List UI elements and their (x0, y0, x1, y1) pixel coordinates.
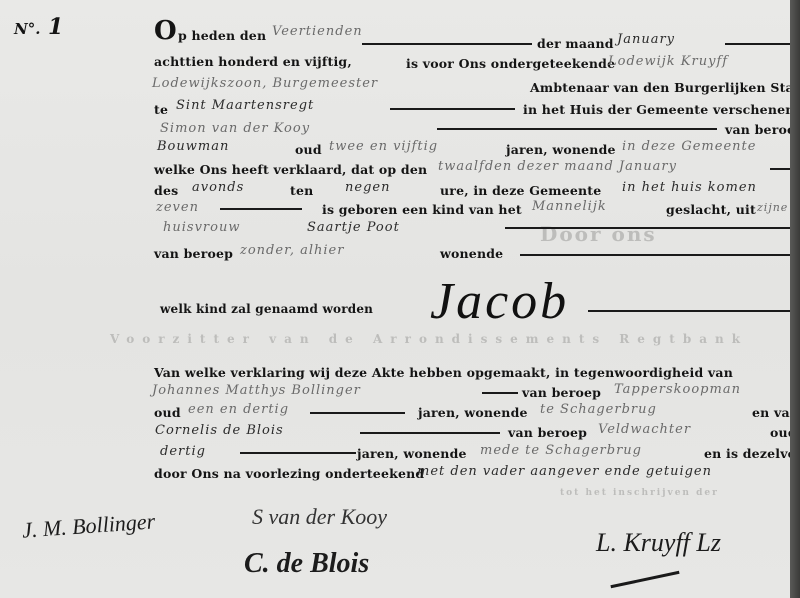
handwritten-mother-name: Saartje Poot (307, 220, 400, 235)
handwritten-birth-place-cont: zeven (156, 200, 199, 215)
document-page: Door ons Voorzitter van de Arrondissemen… (0, 0, 790, 598)
handwritten-father-name: Simon van der Kooy (160, 121, 310, 136)
fill-line (520, 254, 790, 256)
fill-line (220, 208, 302, 210)
record-number-value: 1 (48, 14, 63, 40)
printed-text: der maand (537, 36, 614, 51)
handwritten-father-residence: in deze Gemeente (622, 139, 756, 154)
handwritten-official-title: Lodewijkszoon, Burgemeester (152, 76, 378, 91)
signature-father: S van der Kooy (252, 504, 387, 530)
fill-line (362, 43, 532, 45)
fill-line (390, 108, 515, 110)
signature-witness1: J. M. Bollinger (21, 508, 156, 543)
printed-text: des (154, 183, 178, 198)
printed-text: in het Huis der Gemeente verschenen; (523, 102, 799, 117)
printed-text: ten (290, 183, 313, 198)
handwritten-witness2-age: dertig (160, 444, 206, 459)
printed-text: Ambtenaar van den Burgerlijken Stand (530, 80, 800, 95)
fill-line (588, 310, 790, 312)
handwritten-birth-place: in het huis komen (622, 180, 757, 195)
printed-text: jaren, wonende (506, 142, 616, 157)
printed-text: wonende (440, 246, 503, 261)
printed-text: welk kind zal genaamd worden (160, 302, 373, 316)
handwritten-father-age: twee en vijftig (329, 139, 438, 154)
printed-text: van beroep (725, 122, 800, 137)
handwritten-day: Veertienden (272, 24, 363, 39)
handwritten-mother-occupation: zonder, alhier (240, 243, 344, 258)
handwritten-his: zijne (757, 201, 788, 214)
handwritten-place: Sint Maartensregt (176, 98, 314, 113)
fill-line (437, 128, 717, 130)
handwritten-witness2-residence: mede te Schagerbrug (480, 443, 642, 458)
printed-text: van beroep (508, 425, 587, 440)
printed-text: jaren, wonende (418, 405, 528, 420)
handwritten-time-of-day: avonds (192, 180, 244, 195)
handwritten-witness1-name: Johannes Matthys Bollinger (152, 383, 361, 398)
printed-text: welke Ons heeft verklaard, dat op den (154, 162, 427, 177)
printed-text: van beroep (522, 385, 601, 400)
fill-line (360, 432, 500, 434)
printed-text: Van welke verklaring wij deze Akte hebbe… (154, 365, 733, 380)
initial-letter: O (154, 16, 177, 46)
handwritten-month: January (617, 32, 675, 47)
page-edge (790, 0, 800, 598)
handwritten-official-name: Lodewijk Kruyff (608, 54, 728, 69)
fill-line (310, 412, 405, 414)
handwritten-witness1-residence: te Schagerbrug (540, 402, 657, 417)
printed-text: geslacht, uit (666, 202, 756, 217)
fill-line (770, 168, 790, 170)
handwritten-witness1-occupation: Tapperskoopman (614, 382, 741, 397)
printed-text: jaren, wonende (357, 446, 467, 461)
signature-flourish (610, 571, 679, 588)
printed-text: te (154, 102, 168, 117)
handwritten-wife-label: huisvrouw (163, 220, 240, 235)
handwritten-witness2-name: Cornelis de Blois (155, 423, 284, 438)
bleed-through-line-2: tot het inschrijven der (560, 488, 719, 498)
handwritten-witness2-occupation: Veldwachter (598, 422, 691, 437)
handwritten-sex: Mannelijk (532, 199, 607, 214)
printed-text: oud (154, 405, 181, 420)
fill-line (725, 43, 790, 45)
printed-text: en is dezelve (704, 446, 796, 461)
signature-official: L. Kruyff Lz (596, 528, 721, 558)
handwritten-father-occupation: Bouwman (157, 139, 229, 154)
printed-text: door Ons na voorlezing onderteekend (154, 466, 424, 481)
bleed-through-line: Voorzitter van de Arrondissements Regtba… (110, 332, 748, 346)
printed-text: achttien honderd en vijftig, (154, 54, 352, 69)
fill-line (240, 452, 356, 454)
printed-text: oud (295, 142, 322, 157)
handwritten-signing-note: met den vader aangever ende getuigen (417, 464, 712, 479)
handwritten-birth-date: twaalfden dezer maand January (438, 159, 677, 174)
fill-line (482, 392, 518, 394)
handwritten-hour: negen (345, 180, 390, 195)
bleed-through-stamp: Door ons (540, 222, 657, 246)
signature-witness2: C. de Blois (244, 548, 369, 580)
printed-text: is voor Ons ondergeteekende (406, 56, 615, 71)
handwritten-witness1-age: een en dertig (188, 402, 289, 417)
handwritten-child-name: Jacob (430, 272, 569, 331)
printed-text: ure, in deze Gemeente (440, 183, 601, 198)
printed-text: van beroep (154, 246, 233, 261)
printed-text: is geboren een kind van het (322, 202, 522, 217)
fill-line (505, 227, 790, 229)
record-number-label: N°. (14, 20, 40, 38)
printed-text: p heden den (178, 28, 266, 43)
